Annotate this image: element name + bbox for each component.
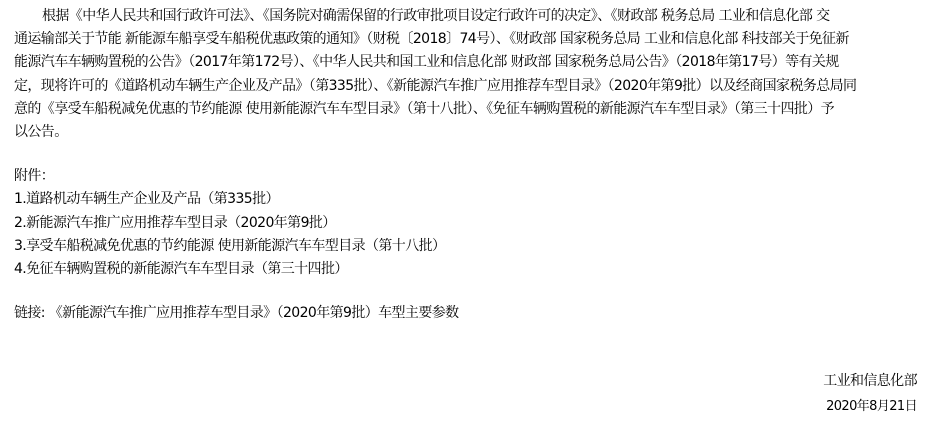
notice-body: 根据《中华人民共和国行政许可法》、《国务院对确需保留的行政审批项目设定行政许可的… xyxy=(14,0,924,144)
related-link[interactable]: 《新能源汽车推广应用推荐车型目录》（2020年第9批）车型主要参数 xyxy=(49,305,459,321)
link-prefix: 链接: xyxy=(14,305,45,321)
body-line: 通运输部关于节能 新能源车船享受车船税优惠政策的通知》（财税〔2018〕74号）… xyxy=(14,28,924,51)
attachments-section: 附件： 1.道路机动车辆生产企业及产品（第335批） 2.新能源汽车推广应用推荐… xyxy=(14,165,924,281)
attachment-item[interactable]: 2.新能源汽车推广应用推荐车型目录（2020年第9批） xyxy=(14,212,924,235)
signature-organization: 工业和信息化部 xyxy=(823,370,917,390)
body-line: 定，现将许可的《道路机动车辆生产企业及产品》（第335批）、《新能源汽车推广应用… xyxy=(14,75,924,98)
attachment-item[interactable]: 3.享受车船税减免优惠的节约能源 使用新能源汽车车型目录（第十八批） xyxy=(14,235,924,258)
attachments-heading: 附件： xyxy=(14,165,924,188)
body-line: 意的《享受车船税减免优惠的节约能源 使用新能源汽车车型目录》（第十八批）、《免征… xyxy=(14,98,924,121)
signature-date: 2020年8月21日 xyxy=(826,395,917,414)
attachment-item[interactable]: 1.道路机动车辆生产企业及产品（第335批） xyxy=(14,188,924,211)
body-line: 以公告。 xyxy=(14,121,924,144)
attachment-item[interactable]: 4.免征车辆购置税的新能源汽车车型目录（第三十四批） xyxy=(14,258,924,281)
body-line: 根据《中华人民共和国行政许可法》、《国务院对确需保留的行政审批项目设定行政许可的… xyxy=(14,5,924,28)
body-line: 能源汽车车辆购置税的公告》（2017年第172号）、《中华人民共和国工业和信息化… xyxy=(14,51,924,74)
related-link-row: 链接: 《新能源汽车推广应用推荐车型目录》（2020年第9批）车型主要参数 xyxy=(14,302,924,325)
notice-document: 根据《中华人民共和国行政许可法》、《国务院对确需保留的行政审批项目设定行政许可的… xyxy=(14,0,924,325)
